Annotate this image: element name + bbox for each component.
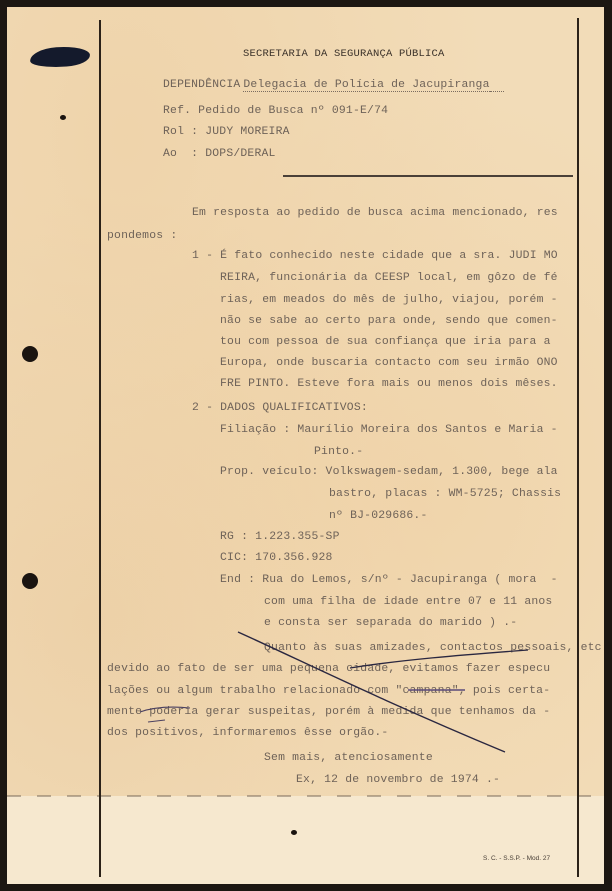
closing-line: lações ou algum trabalho relacionado com… bbox=[107, 685, 550, 697]
punch-hole-bottom bbox=[22, 573, 38, 589]
closing-line: Quanto às suas amizades, contactos pesso… bbox=[264, 642, 602, 654]
item1-line: tou com pessoa de sua confiança que iria… bbox=[220, 336, 551, 348]
agency-title: SECRETARIA DA SEGURANÇA PÚBLICA bbox=[243, 48, 445, 60]
right-margin-line bbox=[577, 18, 579, 877]
sign-off: Sem mais, atenciosamente bbox=[264, 752, 433, 764]
subject-line: Rol : JUDY MOREIRA bbox=[163, 126, 290, 138]
item1-line: rias, em meados do mês de julho, viajou,… bbox=[220, 294, 558, 306]
address-line: e consta ser separada do marido ) .- bbox=[264, 617, 517, 629]
item1-line: não se sabe ao certo para onde, sendo qu… bbox=[220, 315, 558, 327]
item1-line: FRE PINTO. Esteve fora mais ou menos doi… bbox=[220, 378, 558, 390]
paper-lower-fold bbox=[7, 796, 604, 884]
date-line: Ex, 12 de novembro de 1974 .- bbox=[296, 774, 500, 786]
rg-line: RG : 1.223.355-SP bbox=[220, 531, 340, 543]
item1-line: Europa, onde buscaria contacto com seu i… bbox=[220, 357, 558, 369]
reference-line: Ref. Pedido de Busca nº 091-E/74 bbox=[163, 105, 388, 117]
intro-line-2: pondemos : bbox=[107, 230, 177, 242]
left-margin-line bbox=[99, 20, 101, 877]
intro-line-1: Em resposta ao pedido de busca acima men… bbox=[192, 207, 558, 219]
dependencia-row: DEPENDÊNCIADelegacia de Polícia de Jacup… bbox=[163, 79, 504, 91]
closing-line: devido ao fato de ser uma pequena cidade… bbox=[107, 663, 550, 675]
dependencia-value: Delegacia de Polícia de Jacupiranga bbox=[243, 79, 489, 92]
item1-line: REIRA, funcionária da CEESP local, em gô… bbox=[220, 272, 558, 284]
address-line: com uma filha de idade entre 07 e 11 ano… bbox=[264, 596, 552, 608]
item2-title: 2 - DADOS QUALIFICATIVOS: bbox=[192, 402, 368, 414]
closing-line: dos positivos, informaremos êsse orgão.- bbox=[107, 727, 388, 739]
closing-line: mente poderia gerar suspeitas, porém à m… bbox=[107, 706, 550, 718]
recipient-line: Ao : DOPS/DERAL bbox=[163, 148, 276, 160]
form-code: S. C. - S.S.P. - Mod. 27 bbox=[483, 855, 550, 862]
address-line: End : Rua do Lemos, s/nº - Jacupiranga (… bbox=[220, 574, 558, 586]
ink-dot bbox=[60, 115, 66, 120]
cic-line: CIC: 170.356.928 bbox=[220, 552, 333, 564]
ink-dot-bottom bbox=[291, 830, 297, 835]
veiculo-line: bastro, placas : WM-5725; Chassis bbox=[329, 488, 561, 500]
fold-line bbox=[7, 795, 604, 797]
item1-line: 1 - É fato conhecido neste cidade que a … bbox=[192, 250, 558, 262]
veiculo-line: nº BJ-029686.- bbox=[329, 510, 428, 522]
veiculo-line: Prop. veículo: Volkswagem-sedam, 1.300, … bbox=[220, 466, 558, 478]
dependencia-label: DEPENDÊNCIA bbox=[163, 79, 240, 91]
filiacao-line: Filiação : Maurílio Moreira dos Santos e… bbox=[220, 424, 558, 436]
punch-hole-top bbox=[22, 346, 38, 362]
header-rule bbox=[283, 175, 573, 177]
filiacao-line: Pinto.- bbox=[314, 446, 363, 458]
